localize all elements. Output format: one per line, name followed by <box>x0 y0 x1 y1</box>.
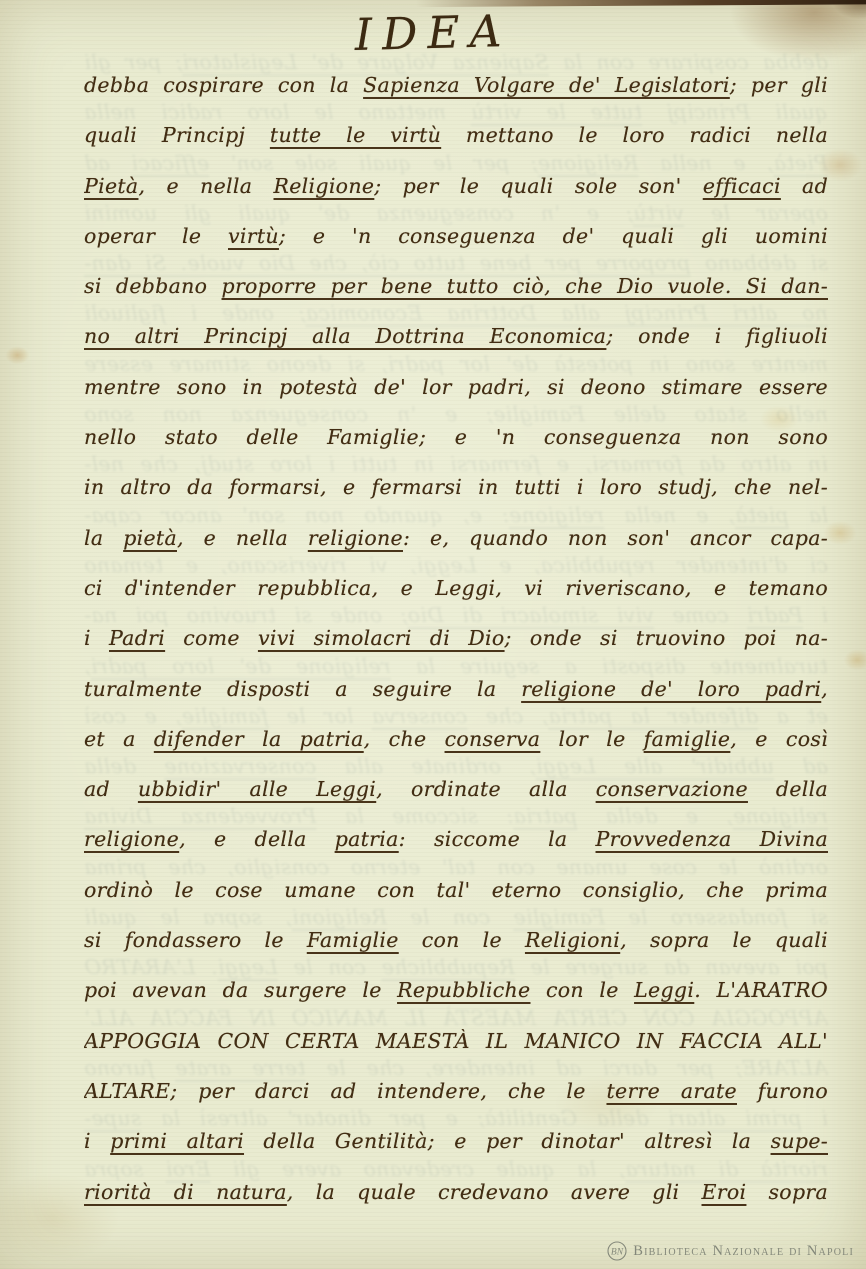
text-line: nello stato delle Famiglie; e 'n consegu… <box>84 425 828 475</box>
text-line: operar le virtù; e 'n conseguenza de' qu… <box>84 224 828 274</box>
library-watermark: BN Biblioteca Nazionale di Napoli <box>607 1241 854 1261</box>
text-line: si fondassero le Famiglie con le Religio… <box>84 928 828 978</box>
text-line: si debbano proporre per bene tutto ciò, … <box>84 274 828 324</box>
text-line: ad ubbidir' alle Leggi, ordinate alla co… <box>84 777 828 827</box>
text-line: i primi altari della Gentilità; e per di… <box>84 1129 828 1179</box>
manuscript-page: debba cospirare con la Sapienza Volgare … <box>0 0 866 1269</box>
text-line: turalmente disposti a seguire la religio… <box>84 677 828 727</box>
monogram-letters: BN <box>611 1248 624 1258</box>
text-line: riorità di natura, la quale credevano av… <box>84 1180 828 1230</box>
text-line: ordinò le cose umane con tal' eterno con… <box>84 878 828 928</box>
text-line: quali Principj tutte le virtù mettano le… <box>84 123 828 173</box>
manuscript-lines: debba cospirare con la Sapienza Volgare … <box>84 73 828 1230</box>
text-line: poi avevan da surgere le Repubbliche con… <box>84 978 828 1028</box>
bnn-monogram-icon: BN <box>607 1241 627 1261</box>
text-line: et a difender la patria, che conserva lo… <box>84 727 828 777</box>
text-line: no altri Principj alla Dottrina Economic… <box>84 324 828 374</box>
text-line: mentre sono in potestà de' lor padri, si… <box>84 375 828 425</box>
text-line: ci d'intender repubblica, e Leggi, vi ri… <box>84 576 828 626</box>
text-line: Pietà, e nella Religione; per le quali s… <box>84 174 828 224</box>
text-line: religione, e della patria: siccome la Pr… <box>84 827 828 877</box>
text-line: la pietà, e nella religione: e, quando n… <box>84 526 828 576</box>
page-title: IDEA <box>0 0 866 70</box>
watermark-label: Biblioteca Nazionale di Napoli <box>633 1243 854 1260</box>
text-line: APPOGGIA CON CERTA MAESTÀ IL MANICO IN F… <box>84 1029 828 1079</box>
text-line: i Padri come vivi simolacri di Dio; onde… <box>84 626 828 676</box>
text-line: ALTARE; per darci ad intendere, che le t… <box>84 1079 828 1129</box>
text-line: in altro da formarsi, e fermarsi in tutt… <box>84 475 828 525</box>
text-line: debba cospirare con la Sapienza Volgare … <box>84 73 828 123</box>
